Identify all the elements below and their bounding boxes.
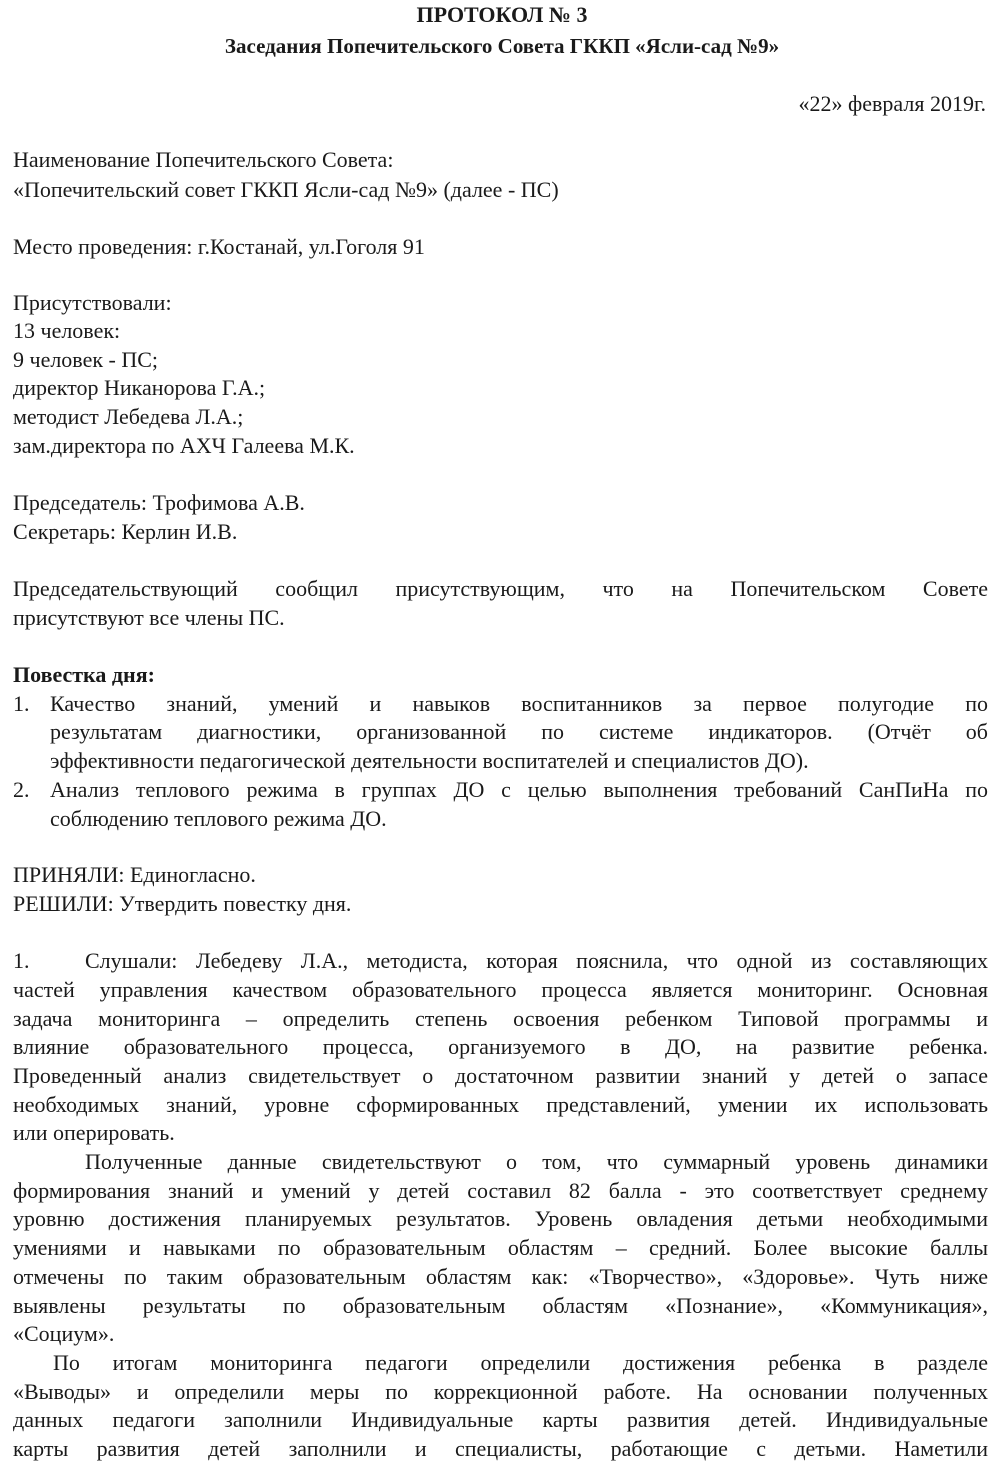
attendees-line: 13 человек: <box>13 320 120 342</box>
paragraph-line: «Выводы» и определили меры по коррекцион… <box>13 1381 988 1405</box>
paragraph-line: Полученные данные свидетельствуют о том,… <box>85 1151 988 1175</box>
paragraph-line: задача мониторинга – определить степень … <box>13 1008 988 1032</box>
attendees-line: 9 человек - ПС; <box>13 349 158 371</box>
attendees-line: директор Никанорова Г.А.; <box>13 377 265 399</box>
venue: Место проведения: г.Костанай, ул.Гоголя … <box>13 236 425 258</box>
paragraph-line: влияние образовательного процесса, орган… <box>13 1036 988 1060</box>
paragraph-line: формирования знаний и умений у детей сос… <box>13 1180 988 1204</box>
paragraph-line: частей управления качеством образователь… <box>13 979 988 1003</box>
attendees-label: Присутствовали: <box>13 292 172 314</box>
paragraph-line: «Социум». <box>13 1323 114 1345</box>
paragraph-line: данных педагоги заполнили Индивидуальные… <box>13 1409 988 1433</box>
section-number: 1. <box>13 950 30 972</box>
document-subtitle: Заседания Попечительского Совета ГККП «Я… <box>0 34 1004 59</box>
document-title: ПРОТОКОЛ № 3 <box>0 2 1004 28</box>
paragraph-line: карты развития детей заполнили и специал… <box>13 1438 988 1462</box>
paragraph-line: выявлены результаты по образовательным о… <box>13 1295 988 1319</box>
paragraph-line: уровню достижения планируемых результато… <box>13 1208 988 1232</box>
vote-accepted: ПРИНЯЛИ: Единогласно. <box>13 864 256 886</box>
paragraph-line: Проведенный анализ свидетельствует о дос… <box>13 1065 988 1089</box>
paragraph-line: или оперировать. <box>13 1122 175 1144</box>
council-name: «Попечительский совет ГККП Ясли-сад №9» … <box>13 179 559 201</box>
paragraph-line: По итогам мониторинга педагоги определил… <box>53 1352 988 1376</box>
agenda-item-line: Качество знаний, умений и навыков воспит… <box>50 693 988 717</box>
paragraph-line: умениями и навыками по образовательным о… <box>13 1237 988 1261</box>
announcement-line: Председательствующий сообщил присутствую… <box>13 578 988 602</box>
vote-decided: РЕШИЛИ: Утвердить повестку дня. <box>13 893 351 915</box>
council-label: Наименование Попечительского Совета: <box>13 149 393 171</box>
agenda-item-line: эффективности педагогической деятельност… <box>50 750 809 772</box>
paragraph-line: необходимых знаний, уровне сформированны… <box>13 1094 988 1118</box>
agenda-item-line: результатам диагностики, организованной … <box>50 721 988 745</box>
agenda-heading: Повестка дня: <box>13 664 155 686</box>
announcement-line: присутствуют все члены ПС. <box>13 607 285 629</box>
agenda-item-line: соблюдению теплового режима ДО. <box>50 808 387 830</box>
chair: Председатель: Трофимова А.В. <box>13 492 305 514</box>
agenda-item-number: 2. <box>13 779 30 801</box>
attendees-line: методист Лебедева Л.А.; <box>13 406 243 428</box>
paragraph-line: отмечены по таким образовательным област… <box>13 1266 988 1290</box>
document-date: «22» февраля 2019г. <box>798 91 986 117</box>
attendees-line: зам.директора по АХЧ Галеева М.К. <box>13 435 355 457</box>
secretary: Секретарь: Керлин И.В. <box>13 521 237 543</box>
protocol-page: ПРОТОКОЛ № 3 Заседания Попечительского С… <box>0 0 1004 1473</box>
agenda-item-line: Анализ теплового режима в группах ДО с ц… <box>50 779 988 803</box>
paragraph-line: Слушали: Лебедеву Л.А., методиста, котор… <box>85 950 988 974</box>
agenda-item-number: 1. <box>13 693 30 715</box>
